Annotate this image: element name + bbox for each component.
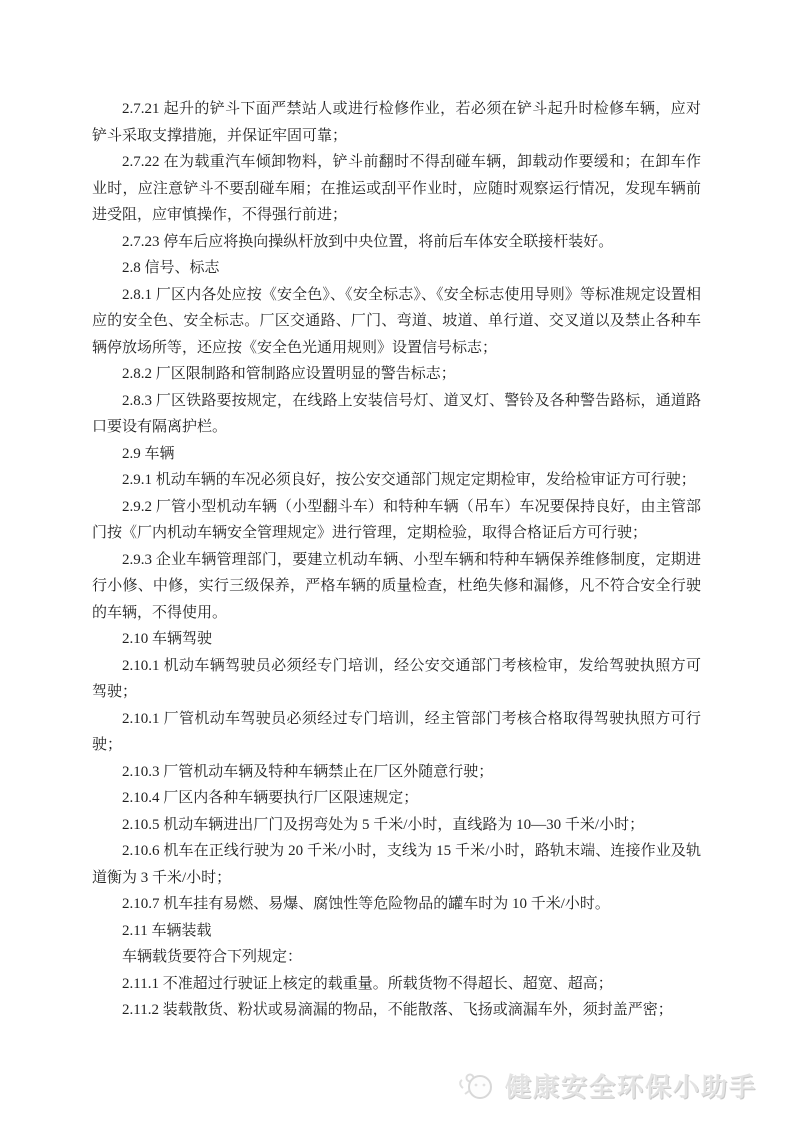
paragraph: 2.10.5 机动车辆进出厂门及拐弯处为 5 千米/小时，直线路为 10—30 … [92,812,701,839]
paragraph: 2.9.3 企业车辆管理部门，要建立机动车辆、小型车辆和特种车辆保养维修制度，定… [92,547,701,627]
paragraph: 2.10.6 机车在正线行驶为 20 千米/小时，支线为 15 千米/小时，路轨… [92,838,701,891]
paragraph: 2.7.21 起升的铲斗下面严禁站人或进行检修作业，若必须在铲斗起升时检修车辆，… [92,96,701,149]
paragraph: 车辆载货要符合下列规定： [92,944,701,971]
paragraph: 2.11 车辆装载 [92,918,701,945]
paragraph: 2.9 车辆 [92,441,701,468]
paragraph: 2.8.1 厂区内各处应按《安全色》、《安全标志》、《安全标志使用导则》等标准规… [92,282,701,362]
paragraph: 2.7.23 停车后应将换向操纵杆放到中央位置，将前后车体安全联接杆装好。 [92,229,701,256]
paragraph: 2.9.2 厂管小型机动车辆（小型翻斗车）和特种车辆（吊车）车况要保持良好，由主… [92,494,701,547]
paragraph: 2.8.2 厂区限制路和管制路应设置明显的警告标志； [92,361,701,388]
watermark: 健康安全环保小助手 [457,1067,757,1104]
paragraph: 2.10.7 机车挂有易燃、易爆、腐蚀性等危险物品的罐车时为 10 千米/小时。 [92,891,701,918]
paragraph: 2.10.1 机动车辆驾驶员必须经专门培训，经公安交通部门考核检审，发给驾驶执照… [92,653,701,706]
paragraph: 2.7.22 在为载重汽车倾卸物料，铲斗前翻时不得刮碰车辆，卸载动作要缓和；在卸… [92,149,701,229]
paragraph: 2.10.3 厂管机动车辆及特种车辆禁止在厂区外随意行驶； [92,759,701,786]
paragraph: 2.11.1 不准超过行驶证上核定的载重量。所载货物不得超长、超宽、超高； [92,971,701,998]
document-body: 2.7.21 起升的铲斗下面严禁站人或进行检修作业，若必须在铲斗起升时检修车辆，… [92,96,701,1024]
paragraph: 2.10.1 厂管机动车驾驶员必须经过专门培训，经主管部门考核合格取得驾驶执照方… [92,706,701,759]
paragraph: 2.8.3 厂区铁路要按规定，在线路上安装信号灯、道叉灯、警铃及各种警告路标，通… [92,388,701,441]
chat-bubble-face-icon [457,1068,497,1104]
document-page: 2.7.21 起升的铲斗下面严禁站人或进行检修作业，若必须在铲斗起升时检修车辆，… [0,0,793,1122]
watermark-text: 健康安全环保小助手 [505,1067,757,1104]
paragraph: 2.10.4 厂区内各种车辆要执行厂区限速规定； [92,785,701,812]
paragraph: 2.9.1 机动车辆的车况必须良好，按公安交通部门规定定期检审，发给检审证方可行… [92,467,701,494]
paragraph: 2.10 车辆驾驶 [92,626,701,653]
paragraph: 2.11.2 装载散货、粉状或易滴漏的物品，不能散落、飞扬或滴漏车外，须封盖严密… [92,997,701,1024]
paragraph: 2.8 信号、标志 [92,255,701,282]
